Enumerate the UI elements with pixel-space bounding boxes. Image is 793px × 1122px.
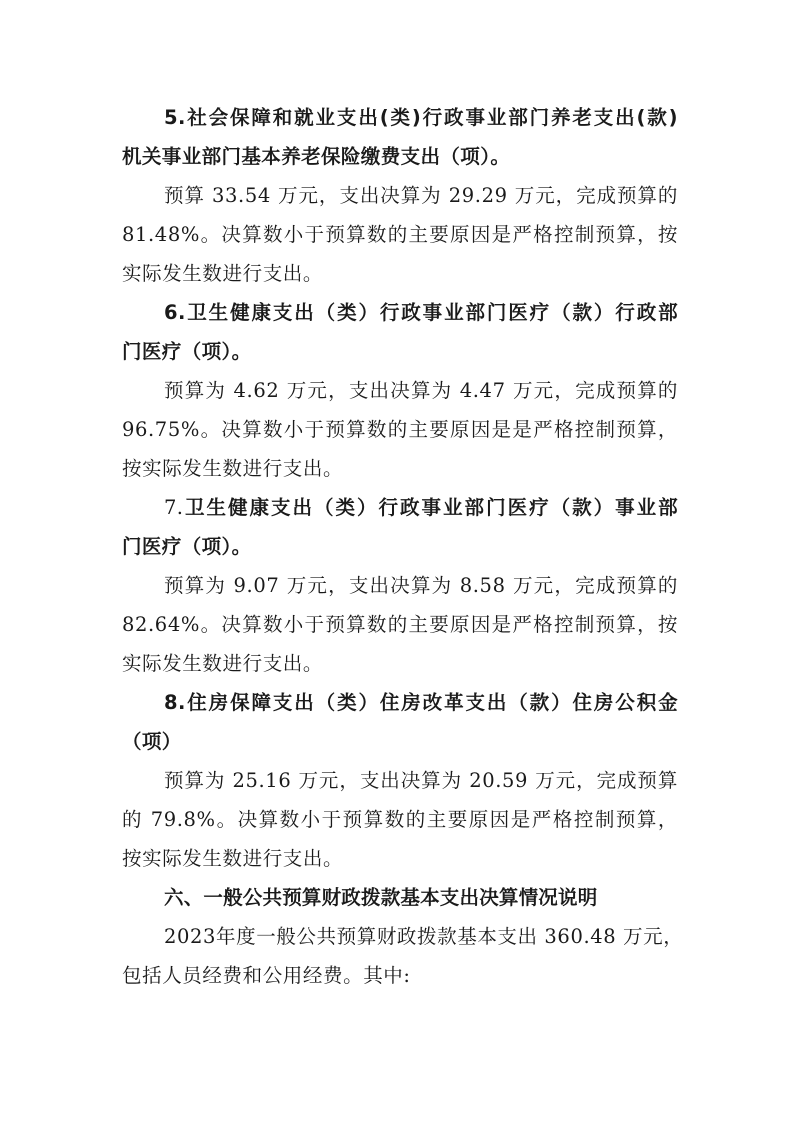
body-text: 实际发生数进行支出。 xyxy=(122,644,678,683)
section-7: 7.卫生健康支出（类）行政事业部门医疗（款）事业部 门医疗（项）。 预算为 9.… xyxy=(122,488,678,683)
section-heading-text: 卫生健康支出（类）行政事业部门医疗（款）事业部 xyxy=(183,496,678,519)
section-heading: 7.卫生健康支出（类）行政事业部门医疗（款）事业部 xyxy=(122,488,678,527)
section-5: 5.社会保障和就业支出(类)行政事业部门养老支出(款) 机关事业部门基本养老保险… xyxy=(122,98,678,293)
section-heading-cont: （项） xyxy=(122,722,678,761)
body-text: 按实际发生数进行支出。 xyxy=(122,839,678,878)
body-text: 实际发生数进行支出。 xyxy=(122,254,678,293)
body-text: 96.75%。决算数小于预算数的主要原因是是严格控制预算， xyxy=(122,410,678,449)
body-text: 预算为 4.62 万元，支出决算为 4.47 万元，完成预算的 xyxy=(122,371,678,410)
chapter-6: 六、一般公共预算财政拨款基本支出决算情况说明 2023年度一般公共预算财政拨款基… xyxy=(122,878,678,995)
body-text: 包括人员经费和公用经费。其中: xyxy=(122,956,678,995)
body-text: 82.64%。决算数小于预算数的主要原因是严格控制预算，按 xyxy=(122,605,678,644)
body-text: 按实际发生数进行支出。 xyxy=(122,449,678,488)
document-page: 5.社会保障和就业支出(类)行政事业部门养老支出(款) 机关事业部门基本养老保险… xyxy=(122,98,678,995)
section-heading: 8.住房保障支出（类）住房改革支出（款）住房公积金 xyxy=(122,683,678,722)
section-number: 7. xyxy=(164,496,183,519)
body-text: 预算 33.54 万元，支出决算为 29.29 万元，完成预算的 xyxy=(122,176,678,215)
section-heading: 6.卫生健康支出（类）行政事业部门医疗（款）行政部 xyxy=(122,293,678,332)
section-heading-cont: 门医疗（项）。 xyxy=(122,527,678,566)
section-heading: 5.社会保障和就业支出(类)行政事业部门养老支出(款) xyxy=(122,98,678,137)
body-text: 的 79.8%。决算数小于预算数的主要原因是严格控制预算， xyxy=(122,800,678,839)
body-text: 2023年度一般公共预算财政拨款基本支出 360.48 万元， xyxy=(122,917,678,956)
section-heading-cont: 门医疗（项）。 xyxy=(122,332,678,371)
section-6: 6.卫生健康支出（类）行政事业部门医疗（款）行政部 门医疗（项）。 预算为 4.… xyxy=(122,293,678,488)
body-text: 81.48%。决算数小于预算数的主要原因是严格控制预算，按 xyxy=(122,215,678,254)
section-8: 8.住房保障支出（类）住房改革支出（款）住房公积金 （项） 预算为 25.16 … xyxy=(122,683,678,878)
chapter-heading: 六、一般公共预算财政拨款基本支出决算情况说明 xyxy=(122,878,678,917)
body-text: 预算为 9.07 万元，支出决算为 8.58 万元，完成预算的 xyxy=(122,566,678,605)
body-text: 预算为 25.16 万元，支出决算为 20.59 万元，完成预算 xyxy=(122,761,678,800)
section-heading-cont: 机关事业部门基本养老保险缴费支出（项）。 xyxy=(122,137,678,176)
